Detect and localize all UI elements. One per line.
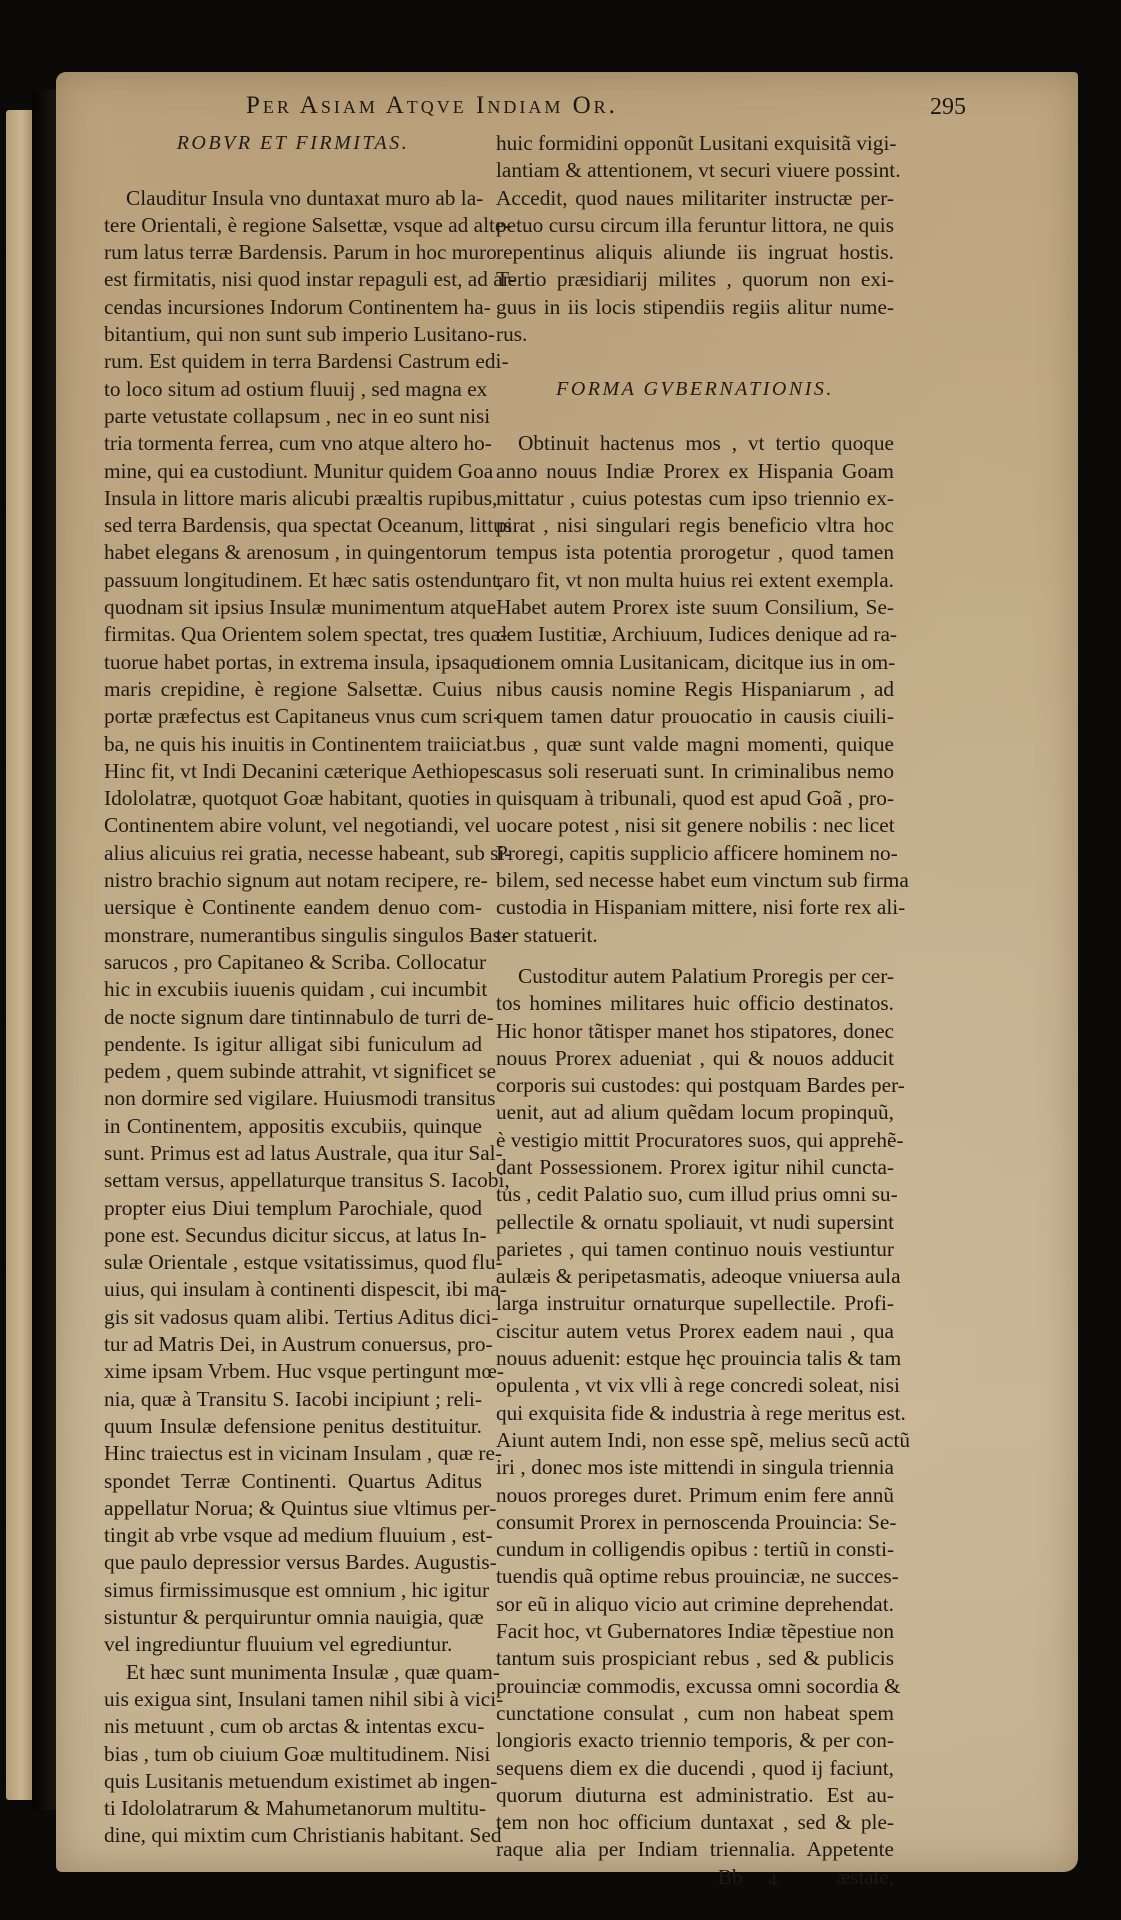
text-line: cundum in colligendis opibus : tertiũ in… xyxy=(496,1536,894,1563)
text-line: sequens diem ex die ducendi , quod ij fa… xyxy=(496,1755,894,1782)
text-line: qui exquisita fide & industria à rege me… xyxy=(496,1400,894,1427)
text-line: larga instruitur ornaturque supellectile… xyxy=(496,1290,894,1317)
text-line: aulæis & peripetasmatis, adeoque vniuers… xyxy=(496,1263,894,1290)
text-line: bitantium, qui non sunt sub imperio Lusi… xyxy=(104,321,482,348)
running-head: Per Asiam Atqve Indiam Or. 295 xyxy=(246,92,966,126)
text-line: tingit ab vrbe vsque ad medium fluuium ,… xyxy=(104,1522,482,1549)
right-paragraph-1: Obtinuit hactenus mos , vt tertio quoque… xyxy=(496,430,894,949)
text-line: Proregi, capitis supplicio afficere homi… xyxy=(496,840,894,867)
section-heading-robur: ROBVR ET FIRMITAS. xyxy=(104,130,482,157)
text-line: Hic honor tãtisper manet hos stipatores,… xyxy=(496,1018,894,1045)
text-line: ter statuerit. xyxy=(496,922,894,949)
right-paragraph-0: huic formidini opponũt Lusitani exquisit… xyxy=(496,130,894,348)
text-line: monstrare, numerantibus singulis singulo… xyxy=(104,922,482,949)
running-head-title: Per Asiam Atqve Indiam Or. xyxy=(246,92,618,120)
text-line: tantum suis prospiciant rebus , sed & pu… xyxy=(496,1645,894,1672)
text-line: Et hæc sunt munimenta Insulæ , quæ quam- xyxy=(104,1659,482,1686)
text-line: non dormire sed vigilare. Huiusmodi tran… xyxy=(104,1085,482,1112)
text-line: repentinus aliquis aliunde iis ingruat h… xyxy=(496,239,894,266)
spacer xyxy=(104,157,482,184)
text-line: Obtinuit hactenus mos , vt tertio quoque xyxy=(496,430,894,457)
text-line: sistuntur & perquiruntur omnia nauigia, … xyxy=(104,1604,482,1631)
left-paragraph-2: Et hæc sunt munimenta Insulæ , quæ quam-… xyxy=(104,1659,482,1850)
text-line: quem tamen datur prouocatio in causis ci… xyxy=(496,703,894,730)
text-line: prouinciæ commodis, excussa omni socordi… xyxy=(496,1673,894,1700)
text-line: que paulo depressior versus Bardes. Augu… xyxy=(104,1549,482,1576)
text-line: quum Insulæ defensione penitus destituit… xyxy=(104,1413,482,1440)
text-line: cunctatione consulat , cum non habeat sp… xyxy=(496,1700,894,1727)
text-line: lantiam & attentionem, vt securi viuere … xyxy=(496,157,894,184)
text-line: rum latus terræ Bardensis. Parum in hoc … xyxy=(104,239,482,266)
text-line: nistro brachio signum aut notam recipere… xyxy=(104,867,482,894)
section-heading-forma-gubernationis: FORMA GVBERNATIONIS. xyxy=(496,376,894,403)
text-line: dant Possessionem. Prorex igitur nihil c… xyxy=(496,1154,894,1181)
signature-mark: Bb xyxy=(718,1864,743,1891)
text-line: sunt. Primus est ad latus Australe, qua … xyxy=(104,1140,482,1167)
text-line: quodnam sit ipsius Insulæ munimentum atq… xyxy=(104,594,482,621)
spacer xyxy=(496,348,894,375)
text-line: anno nouus Indiæ Prorex ex Hispania Goam xyxy=(496,458,894,485)
page-number: 295 xyxy=(930,94,966,121)
text-line: parietes , qui tamen continuo nouis vest… xyxy=(496,1236,894,1263)
text-line: nia, quæ à Transitu S. Iacobi incipiunt … xyxy=(104,1386,482,1413)
text-line: opulenta , vt vix vlli à rege concredi s… xyxy=(496,1372,894,1399)
page-footer: Bb 4 æstate, xyxy=(496,1864,894,1891)
text-line: rus. xyxy=(496,321,894,348)
text-line: huic formidini opponũt Lusitani exquisit… xyxy=(496,130,894,157)
text-line: mittatur , cuius potestas cum ipso trien… xyxy=(496,485,894,512)
text-line: corporis sui custodes: qui postquam Bard… xyxy=(496,1072,894,1099)
text-line: Custoditur autem Palatium Proregis per c… xyxy=(496,963,894,990)
text-line: quis Lusitanis metuendum existimet ab in… xyxy=(104,1768,482,1795)
text-line: nouus Prorex adueniat , qui & nouos addu… xyxy=(496,1045,894,1072)
text-line: vel ingrediuntur fluuium vel egrediuntur… xyxy=(104,1631,482,1658)
left-paragraph-1: Clauditur Insula vno duntaxat muro ab la… xyxy=(104,185,482,1659)
text-line: Accedit, quod naues militariter instruct… xyxy=(496,185,894,212)
text-line: uersique è Continente eandem denuo com- xyxy=(104,894,482,921)
text-line: Insula in littore maris alicubi præaltis… xyxy=(104,485,482,512)
text-line: rum. Est quidem in terra Bardensi Castru… xyxy=(104,348,482,375)
text-line: pone est. Secundus dicitur siccus, at la… xyxy=(104,1222,482,1249)
text-line: maris crepidine, è regione Salsettæ. Cui… xyxy=(104,676,482,703)
text-line: nibus causis nomine Regis Hispaniarum , … xyxy=(496,676,894,703)
text-line: portæ præfectus est Capitaneus vnus cum … xyxy=(104,703,482,730)
text-line: iri , donec mos iste mittendi in singula… xyxy=(496,1454,894,1481)
text-line: tionem omnia Lusitanicam, dicitque ius i… xyxy=(496,649,894,676)
text-line: settam versus, appellaturque transitus S… xyxy=(104,1167,482,1194)
text-line: tem non hoc officium duntaxat , sed & pl… xyxy=(496,1809,894,1836)
text-line: longioris exacto triennio temporis, & pe… xyxy=(496,1727,894,1754)
text-line: pellectile & ornatu spoliauit, vt nudi s… xyxy=(496,1209,894,1236)
text-line: quisquam à tribunali, quod est apud Goã … xyxy=(496,785,894,812)
text-line: guus in iis locis stipendiis regiis alit… xyxy=(496,294,894,321)
text-line: est firmitatis, nisi quod instar repagul… xyxy=(104,266,482,293)
text-line: uenit, aut ad alium quẽdam locum propinq… xyxy=(496,1099,894,1126)
text-line: petuo cursu circum illa feruntur littora… xyxy=(496,212,894,239)
text-line: Hinc traiectus est in vicinam Insulam , … xyxy=(104,1440,482,1467)
signature-number: 4 xyxy=(768,1867,777,1894)
text-line: Hinc fit, vt Indi Decanini cæterique Aet… xyxy=(104,758,482,785)
text-line: consumit Prorex in pernoscenda Prouincia… xyxy=(496,1509,894,1536)
text-line: sor eũ in aliquo vicio aut crimine depre… xyxy=(496,1591,894,1618)
text-line: habet elegans & arenosum , in quingentor… xyxy=(104,539,482,566)
text-line: casus soli reseruati sunt. In criminalib… xyxy=(496,758,894,785)
text-line: sarucos , pro Capitaneo & Scriba. Colloc… xyxy=(104,949,482,976)
text-line: hic in excubiis iuuenis quidam , cui inc… xyxy=(104,976,482,1003)
text-line: sulæ Orientale , estque vsitatissimus, q… xyxy=(104,1249,482,1276)
text-line: uocare potest , nisi sit genere nobilis … xyxy=(496,812,894,839)
book-page: Per Asiam Atqve Indiam Or. 295 ROBVR ET … xyxy=(56,72,1078,1872)
text-line: tus , cedit Palatio suo, cum illud prius… xyxy=(496,1181,894,1208)
text-line: tur ad Matris Dei, in Austrum conuersus,… xyxy=(104,1331,482,1358)
text-line: parte vetustate collapsum , nec in eo su… xyxy=(104,403,482,430)
text-line: xime ipsam Vrbem. Huc vsque pertingunt m… xyxy=(104,1358,482,1385)
text-line: alius alicuius rei gratia, necesse habea… xyxy=(104,840,482,867)
text-line: Aiunt autem Indi, non esse spẽ, melius s… xyxy=(496,1427,894,1454)
text-line: passuum longitudinem. Et hæc satis osten… xyxy=(104,567,482,594)
right-column: huic formidini opponũt Lusitani exquisit… xyxy=(496,130,894,1891)
text-line: tria tormenta ferrea, cum vno atque alte… xyxy=(104,430,482,457)
text-line: nouos proreges duret. Primum enim fere a… xyxy=(496,1482,894,1509)
text-line: dine, qui mixtim cum Christianis habitan… xyxy=(104,1822,482,1849)
text-line: ti Idololatrarum & Mahumetanorum multitu… xyxy=(104,1795,482,1822)
text-line: sed terra Bardensis, qua spectat Oceanum… xyxy=(104,512,482,539)
text-line: bilem, sed necesse habet eum vinctum sub… xyxy=(496,867,894,894)
text-line: appellatur Norua; & Quintus siue vltimus… xyxy=(104,1495,482,1522)
text-line: firmitas. Qua Orientem solem spectat, tr… xyxy=(104,621,482,648)
text-line: uius, qui insulam à continenti dispescit… xyxy=(104,1276,482,1303)
text-line: bus , quæ sunt valde magni momenti, quiq… xyxy=(496,731,894,758)
spacer xyxy=(496,949,894,963)
text-line: mine, qui ea custodiunt. Munitur quidem … xyxy=(104,458,482,485)
text-line: tuendis quã optime rebus prouinciæ, ne s… xyxy=(496,1563,894,1590)
text-line: spondet Terræ Continenti. Quartus Aditus xyxy=(104,1468,482,1495)
text-line: tere Orientali, è regione Salsettæ, vsqu… xyxy=(104,212,482,239)
text-line: nis metuunt , cum ob arctas & intentas e… xyxy=(104,1713,482,1740)
text-line: pedem , quem subinde attrahit, vt signif… xyxy=(104,1058,482,1085)
text-line: nouus aduenit: estque hęc prouincia tali… xyxy=(496,1345,894,1372)
text-line: pendente. Is igitur alligat sibi funicul… xyxy=(104,1031,482,1058)
text-line: Facit hoc, vt Gubernatores Indiæ tẽpesti… xyxy=(496,1618,894,1645)
text-line: ciscitur autem vetus Prorex eadem naui ,… xyxy=(496,1318,894,1345)
text-line: è vestigio mittit Procuratores suos, qui… xyxy=(496,1127,894,1154)
text-line: tos homines militares huic officio desti… xyxy=(496,990,894,1017)
text-line: simus firmissimusque est omnium , hic ig… xyxy=(104,1577,482,1604)
text-line: Continentem abire volunt, vel negotiandi… xyxy=(104,812,482,839)
text-line: pirat , nisi singulari regis beneficio v… xyxy=(496,512,894,539)
text-line: de nocte signum dare tintinnabulo de tur… xyxy=(104,1004,482,1031)
text-line: ba, ne quis his inuitis in Continentem t… xyxy=(104,731,482,758)
text-line: dem Iustitiæ, Archiuum, Iudices denique … xyxy=(496,621,894,648)
text-line: raque alia per Indiam triennalia. Appete… xyxy=(496,1836,894,1863)
text-line: propter eius Diui templum Parochiale, qu… xyxy=(104,1195,482,1222)
catchword: æstate, xyxy=(836,1864,894,1891)
text-line: Habet autem Prorex iste suum Consilium, … xyxy=(496,594,894,621)
text-line: tempus ista potentia prorogetur , quod t… xyxy=(496,539,894,566)
text-line: custodia in Hispaniam mittere, nisi fort… xyxy=(496,894,894,921)
text-line: to loco situm ad ostium fluuij , sed mag… xyxy=(104,376,482,403)
text-line: Idololatræ, quotquot Goæ habitant, quoti… xyxy=(104,785,482,812)
left-column: ROBVR ET FIRMITAS. Clauditur Insula vno … xyxy=(104,130,482,1850)
text-line: in Continentem, appositis excubiis, quin… xyxy=(104,1113,482,1140)
previous-page-edge xyxy=(6,110,32,1800)
text-line: Clauditur Insula vno duntaxat muro ab la… xyxy=(104,185,482,212)
text-line: quorum diuturna est administratio. Est a… xyxy=(496,1782,894,1809)
text-line: tuorue habet portas, in extrema insula, … xyxy=(104,649,482,676)
book-gutter xyxy=(32,90,58,1810)
text-line: bias , tum ob ciuium Goæ multitudinem. N… xyxy=(104,1741,482,1768)
right-paragraph-2: Custoditur autem Palatium Proregis per c… xyxy=(496,963,894,1864)
text-line: gis sit vadosus quam alibi. Tertius Adit… xyxy=(104,1304,482,1331)
text-line: Tertio præsidiarij milites , quorum non … xyxy=(496,266,894,293)
text-line: raro fit, vt non multa huius rei extent … xyxy=(496,567,894,594)
text-line: uis exigua sint, Insulani tamen nihil si… xyxy=(104,1686,482,1713)
spacer xyxy=(496,403,894,430)
text-line: cendas incursiones Indorum Continentem h… xyxy=(104,294,482,321)
